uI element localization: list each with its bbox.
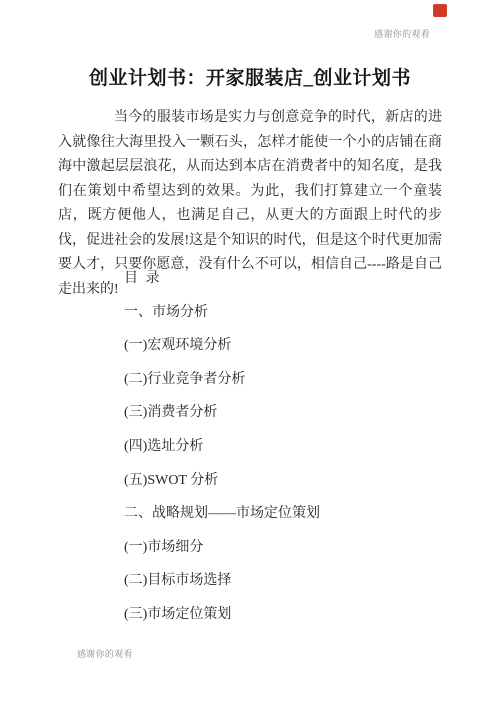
watermark-top: 感谢你的观看: [374, 27, 430, 40]
toc-item: (五)SWOT 分析: [124, 464, 320, 498]
toc-item: 一、市场分析: [124, 296, 320, 330]
toc-item: (四)选址分析: [124, 430, 320, 464]
toc-heading: 目 录: [124, 262, 320, 296]
page-title: 创业计划书：开家服装店_创业计划书: [0, 63, 500, 90]
watermark-bottom: 感谢你的观看: [77, 647, 133, 660]
toc-item: (一)宏观环境分析: [124, 329, 320, 363]
toc-item: (三)消费者分析: [124, 396, 320, 430]
toc-item: (一)市场细分: [124, 531, 320, 565]
toc-item: (三)市场定位策划: [124, 598, 320, 632]
document-page: 感谢你的观看 创业计划书：开家服装店_创业计划书 当今的服装市场是实力与创意竞争…: [0, 0, 500, 707]
table-of-contents: 目 录 一、市场分析(一)宏观环境分析(二)行业竞争者分析(三)消费者分析(四)…: [124, 262, 320, 632]
toc-item: (二)行业竞争者分析: [124, 363, 320, 397]
toc-item: 二、战略规划——市场定位策划: [124, 497, 320, 531]
toc-item: (二)目标市场选择: [124, 564, 320, 598]
red-badge-icon: [433, 4, 447, 17]
